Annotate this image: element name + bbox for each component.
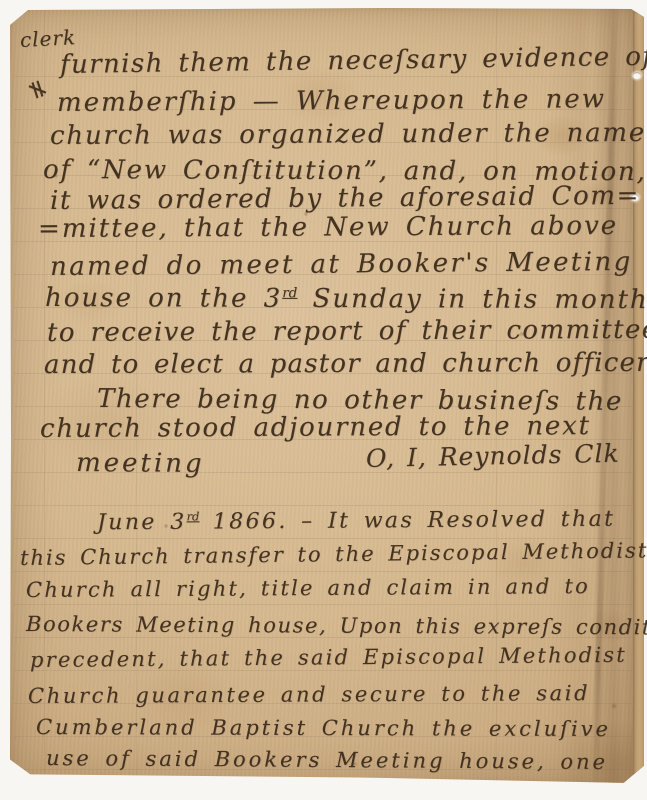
manuscript-line: Cumberland Baptist Church the excluſive (36, 715, 611, 741)
handwriting-layer: clerk ≠ furnish them the neceſsary evide… (0, 0, 647, 800)
manuscript-line: and to elect a pastor and church officer… (44, 348, 647, 380)
insertion-caret-mark: ≠ (20, 74, 55, 104)
manuscript-line: church was organized under the name (50, 118, 646, 151)
manuscript-closing-word: meeting (76, 448, 205, 479)
manuscript-line: precedent, that the said Episcopal Metho… (30, 643, 627, 672)
line-text: Sunday in this month (297, 284, 647, 315)
manuscript-line: Church guarantee and secure to the said (28, 681, 590, 708)
photo-background: clerk ≠ furnish them the neceſsary evide… (0, 0, 647, 800)
ordinal-superscript: rd (186, 509, 199, 523)
manuscript-line: this Church transfer to the Episcopal Me… (20, 538, 647, 570)
line-text: house on the 3 (45, 283, 282, 314)
manuscript-line: to receive the report of their committee (47, 315, 647, 348)
manuscript-line: use of said Bookers Meeting house, one (46, 746, 608, 774)
manuscript-line: =mittee, that the New Church above (38, 211, 618, 244)
manuscript-line: Church all right, title and claim in and… (26, 574, 590, 602)
manuscript-line: church stood adjourned to the next (40, 411, 591, 444)
manuscript-line: June 3rd 1866. – It was Resolved that (97, 506, 616, 535)
manuscript-line: Bookers Meeting house, Upon this expreſs… (26, 612, 647, 639)
line-text: June 3 (97, 510, 187, 536)
clerk-signature: O, I, Reynolds Clk (366, 439, 620, 473)
line-text: 1866. – It was Resolved that (199, 507, 615, 535)
manuscript-line: furnish them the neceſsary evidence of, (60, 42, 647, 80)
manuscript-line: memberſhip — Whereupon the new (57, 84, 606, 118)
manuscript-line: house on the 3rd Sunday in this month (45, 283, 647, 315)
manuscript-line: named do meet at Booker's Meeting (50, 247, 633, 282)
inserted-word-clerk: clerk (19, 25, 76, 52)
ordinal-superscript: rd (282, 285, 297, 301)
